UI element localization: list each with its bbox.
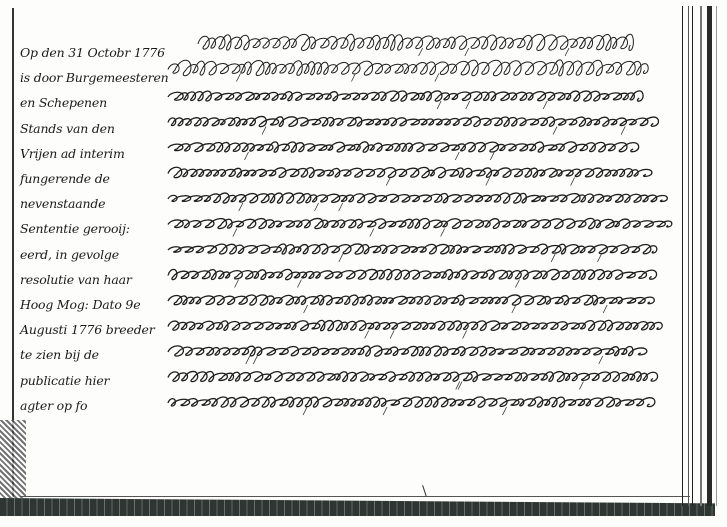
margin-line: eerd, in gevolge — [20, 242, 170, 267]
margin-line: Op den 31 Octobr 1776 — [20, 40, 170, 65]
margin-line: Vrijen ad interim — [20, 141, 170, 166]
scribble-strikethrough — [160, 28, 680, 428]
margin-line: agter op fo — [20, 393, 170, 418]
binding-shadow-bottom — [0, 498, 715, 516]
binding-edge-line — [688, 6, 689, 506]
binding-spine — [707, 6, 712, 506]
struck-out-text-block — [160, 28, 680, 428]
binding-edge-line — [692, 6, 693, 506]
margin-line: is door Burgemeesteren — [20, 65, 170, 90]
binding-edge-line — [700, 6, 702, 506]
binding-edge-line — [716, 6, 717, 506]
margin-line: publicatie hier — [20, 368, 170, 393]
margin-line: resolutie van haar — [20, 267, 170, 292]
margin-line: Augusti 1776 breeder — [20, 317, 170, 342]
margin-line: en Schepenen — [20, 90, 170, 115]
page-bottom-rule — [20, 496, 690, 497]
margin-annotation: Op den 31 Octobr 1776 is door Burgemeest… — [20, 40, 170, 418]
margin-line: te zien bij de — [20, 342, 170, 367]
margin-line: Stands van den — [20, 116, 170, 141]
margin-line: fungerende de — [20, 166, 170, 191]
margin-line: nevenstaande — [20, 191, 170, 216]
scan-noise — [0, 420, 26, 500]
manuscript-page: Op den 31 Octobr 1776 is door Burgemeest… — [0, 0, 727, 527]
margin-line: Sententie gerooij: — [20, 216, 170, 241]
binding-edge-line — [682, 6, 683, 506]
margin-line: Hoog Mog: Dato 9e — [20, 292, 170, 317]
